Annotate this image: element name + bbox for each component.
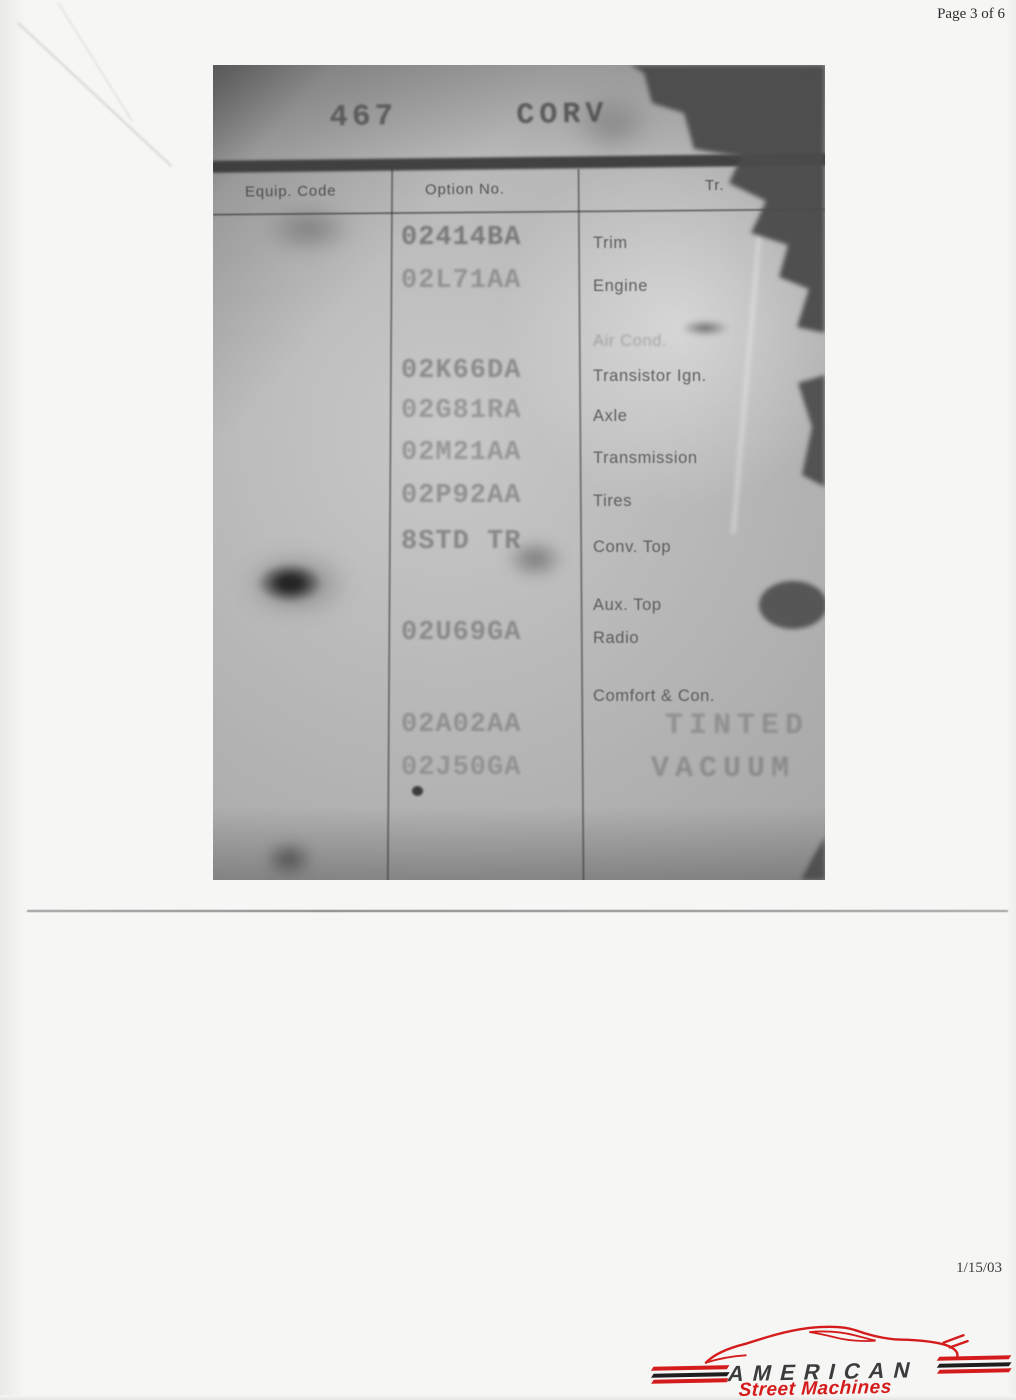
option-label: Air Cond. <box>593 332 667 351</box>
option-code: 02G81RA <box>401 396 521 426</box>
asm-logo: AMERICAN Street Machines <box>649 1322 1014 1400</box>
horizontal-divider <box>27 910 1008 912</box>
option-code: 02K66DA <box>401 356 521 386</box>
option-row: 02A02AATINTED <box>213 714 825 754</box>
option-label: Trim <box>593 234 628 253</box>
option-row: 02P92AATires <box>213 485 825 525</box>
option-row: 02L71AAEngine <box>213 270 825 310</box>
stain-smudge <box>263 839 315 879</box>
tank-sticker-photo: 467 CORV Equip. Code Option No. Tr. 0241… <box>213 65 825 880</box>
date-label: 1/15/03 <box>956 1260 1002 1277</box>
logo-stripe <box>651 1378 730 1384</box>
option-code: 02414BA <box>401 223 521 253</box>
option-code: 02P92AA <box>401 481 521 511</box>
option-code: 02J50GA <box>401 753 521 783</box>
option-code: 02U69GA <box>401 618 521 648</box>
option-label: Tires <box>593 492 632 511</box>
option-stamp-value: VACUUM <box>651 752 795 786</box>
scanned-document-page: Page 3 of 6 467 CORV Equip. Code Option … <box>0 0 1016 1400</box>
option-row: 02J50GAVACUUM <box>213 757 825 797</box>
option-row: 02U69GARadio <box>213 622 825 662</box>
sticker-serial-number: 467 <box>329 99 397 135</box>
option-row: 02414BATrim <box>213 227 825 267</box>
option-row: 02G81RAAxle <box>213 400 825 440</box>
option-label: Conv. Top <box>593 538 671 557</box>
option-label: Engine <box>593 277 648 296</box>
page-edge-shadow-right <box>1006 0 1016 1400</box>
option-row: 02M21AATransmission <box>213 442 825 482</box>
page-edge-shadow-left <box>0 0 26 1400</box>
logo-stripe <box>937 1368 1012 1374</box>
sticker-model-name: CORV <box>516 97 609 133</box>
option-stamp-value: TINTED <box>665 709 809 743</box>
column-header-option-no: Option No. <box>425 181 505 199</box>
logo-street-machines-text: Street Machines <box>738 1377 892 1400</box>
logo-stripe <box>651 1372 730 1378</box>
paper-crease <box>17 22 172 167</box>
option-label: Aux. Top <box>593 596 662 615</box>
option-row: 02K66DATransistor Ign. <box>213 360 825 400</box>
option-row: 8STD TRConv. Top <box>213 531 825 571</box>
option-label: Radio <box>593 629 639 648</box>
option-label: Comfort & Con. <box>593 687 715 706</box>
option-code: 02L71AA <box>401 266 521 296</box>
column-header-tr: Tr. <box>705 177 725 194</box>
table-header-underline <box>213 208 825 215</box>
sticker-title-row: 467 CORV <box>213 90 825 101</box>
option-code: 02A02AA <box>401 710 521 740</box>
column-header-equip-code: Equip. Code <box>245 183 337 201</box>
sticker-heavy-rule <box>213 153 825 173</box>
option-label: Axle <box>593 407 628 426</box>
option-label: Transistor Ign. <box>593 367 707 386</box>
option-code: 02M21AA <box>401 438 521 468</box>
option-label: Transmission <box>593 449 698 468</box>
page-number-label: Page 3 of 6 <box>937 6 1005 23</box>
option-code: 8STD TR <box>401 527 521 557</box>
paper-crease <box>58 2 133 121</box>
